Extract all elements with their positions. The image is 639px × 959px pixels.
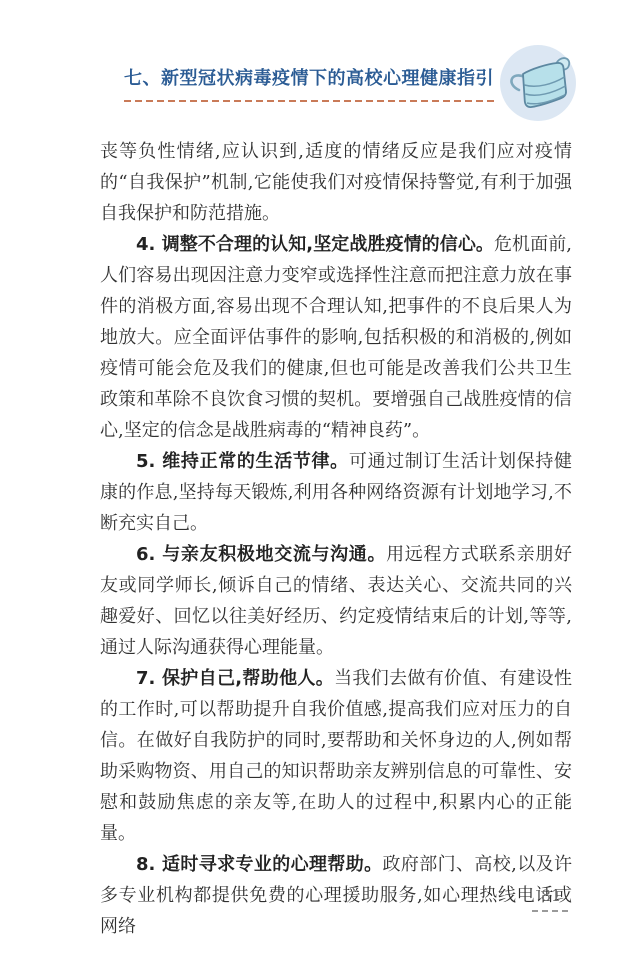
- paragraph: 5. 维持正常的生活节律。可通过制订生活计划保持健康的作息,坚持每天锻炼,利用各…: [100, 446, 572, 539]
- book-page: 七、新型冠状病毒疫情下的高校心理健康指引 丧等负性情绪,应认识到,适度的情绪反应…: [0, 0, 639, 959]
- paragraph-heading: 8. 适时寻求专业的心理帮助。: [136, 854, 383, 875]
- paragraph-heading: 7. 保护自己,帮助他人。: [136, 668, 334, 689]
- body-text: 丧等负性情绪,应认识到,适度的情绪反应是我们应对疫情的“自我保护”机制,它能使我…: [100, 136, 572, 942]
- paragraph: 6. 与亲友积极地交流与沟通。用远程方式联系亲朋好友或同学师长,倾诉自己的情绪、…: [100, 539, 572, 663]
- paragraph: 4. 调整不合理的认知,坚定战胜疫情的信心。危机面前,人们容易出现因注意力变窄或…: [100, 229, 572, 446]
- title-dash-line: [124, 100, 494, 102]
- footer-dash-line: [532, 910, 570, 912]
- paragraph: 丧等负性情绪,应认识到,适度的情绪反应是我们应对疫情的“自我保护”机制,它能使我…: [100, 136, 572, 229]
- chapter-title-block: 七、新型冠状病毒疫情下的高校心理健康指引: [124, 64, 494, 102]
- paragraph: 8. 适时寻求专业的心理帮助。政府部门、高校,以及许多专业机构都提供免费的心理援…: [100, 849, 572, 942]
- paragraph-heading: 5. 维持正常的生活节律。: [136, 451, 349, 472]
- paragraph: 7. 保护自己,帮助他人。当我们去做有价值、有建设性的工作时,可以帮助提升自我价…: [100, 663, 572, 849]
- paragraph-heading: 4. 调整不合理的认知,坚定战胜疫情的信心。: [136, 234, 494, 255]
- paragraph-heading: 6. 与亲友积极地交流与沟通。: [136, 544, 386, 565]
- page-number: 81: [529, 886, 573, 905]
- page-footer: 81: [529, 886, 573, 912]
- chapter-header: 七、新型冠状病毒疫情下的高校心理健康指引: [124, 44, 577, 122]
- face-mask-icon: [499, 44, 577, 122]
- chapter-title: 七、新型冠状病毒疫情下的高校心理健康指引: [124, 64, 494, 90]
